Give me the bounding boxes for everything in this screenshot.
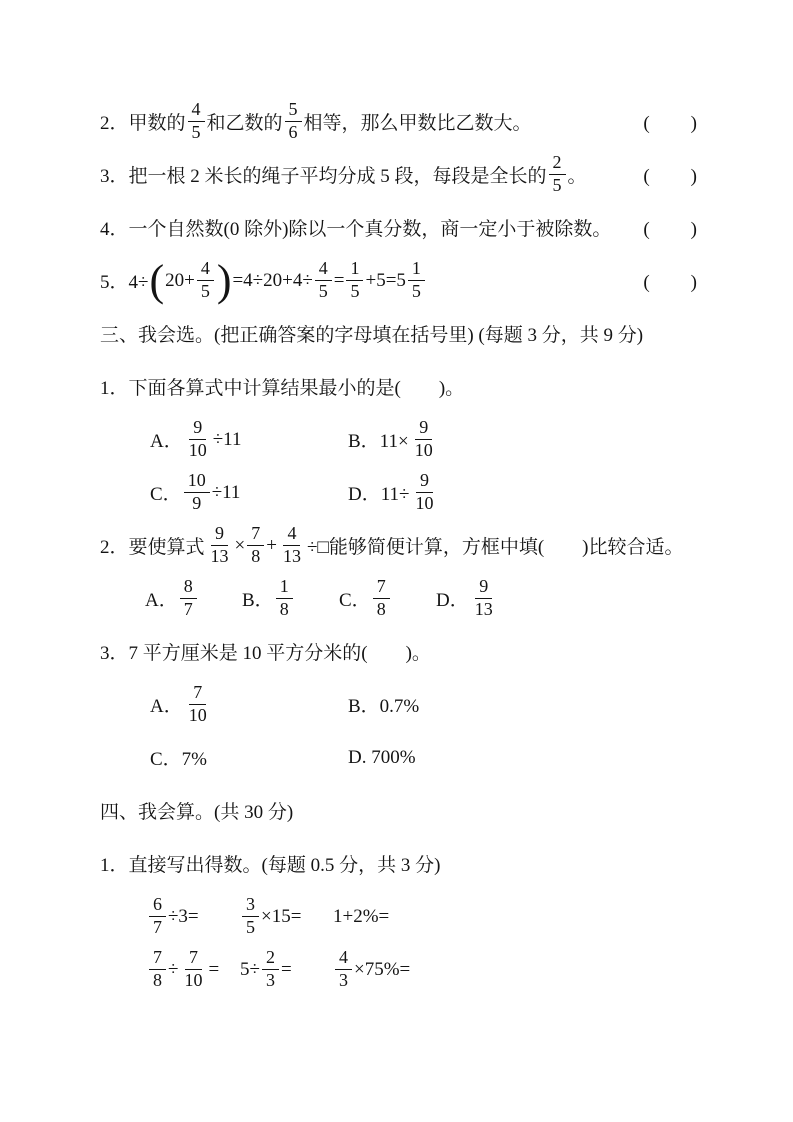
fraction-denominator: 5 bbox=[549, 175, 566, 196]
fraction-denominator: 5 bbox=[315, 281, 332, 302]
calc-row-2: 78÷710=5÷23=43×75%= bbox=[100, 943, 698, 996]
big-paren: ) bbox=[217, 261, 232, 301]
fraction-numerator: 7 bbox=[373, 577, 390, 599]
fraction-numerator: 1 bbox=[276, 577, 293, 599]
text-run: ×15= bbox=[261, 906, 301, 928]
fraction-denominator: 13 bbox=[471, 599, 497, 620]
text-run: ÷11 bbox=[212, 482, 241, 504]
fraction-numerator: 7 bbox=[189, 683, 206, 705]
fraction-numerator: 9 bbox=[416, 471, 433, 493]
text-run: C． bbox=[339, 585, 371, 612]
fraction: 45 bbox=[315, 259, 332, 302]
text-run: A． bbox=[150, 426, 183, 453]
text-run: 3．7 平方厘米是 10 平方分米的( )。 bbox=[100, 638, 431, 665]
fraction: 413 bbox=[279, 524, 305, 567]
fraction: 913 bbox=[471, 577, 497, 620]
fraction-numerator: 3 bbox=[242, 895, 259, 917]
line-content: 3．7 平方厘米是 10 平方分米的( )。 bbox=[100, 638, 431, 665]
answer-blank: ( ) bbox=[643, 161, 698, 188]
fraction-numerator: 4 bbox=[335, 948, 352, 970]
text-run: B．11× bbox=[348, 426, 409, 453]
fraction-denominator: 10 bbox=[180, 970, 206, 991]
text-run: B． bbox=[242, 585, 274, 612]
choice-q3-options-cd: C．7%D. 700% bbox=[100, 731, 698, 784]
text-run: C． bbox=[150, 479, 182, 506]
answer-blank: ( ) bbox=[643, 267, 698, 294]
fraction-numerator: 6 bbox=[149, 895, 166, 917]
fraction: 109 bbox=[184, 471, 210, 514]
fraction: 910 bbox=[411, 471, 437, 514]
text-run: 1+2%= bbox=[333, 906, 389, 928]
choice-q3-options-cd-col-0: C．7% bbox=[150, 744, 348, 771]
text-run: 20+ bbox=[165, 270, 195, 292]
text-run: D. 700% bbox=[348, 747, 416, 769]
fraction-numerator: 2 bbox=[549, 153, 566, 175]
fraction-numerator: 7 bbox=[149, 948, 166, 970]
fraction-numerator: 8 bbox=[180, 577, 197, 599]
fraction: 45 bbox=[188, 100, 205, 143]
calc-row-2-col-0: 78÷710= bbox=[147, 948, 240, 991]
calc-row-1-col-1: 35×15= bbox=[240, 895, 333, 938]
choice-q2-options-col-1: B．18 bbox=[242, 577, 339, 620]
text-run: 和乙数的 bbox=[207, 108, 283, 135]
text-run: 5÷ bbox=[240, 959, 260, 981]
fraction: 87 bbox=[180, 577, 197, 620]
choice-q2-options-col-0: A．87 bbox=[145, 577, 242, 620]
fraction: 710 bbox=[180, 948, 206, 991]
choice-q2: 2．要使算式913×78+413÷□能够简便计算，方框中填( )比较合适。 bbox=[100, 519, 698, 572]
fraction-numerator: 7 bbox=[247, 524, 264, 546]
calc-row-2-col-1: 5÷23= bbox=[240, 948, 333, 991]
calc-row-2-col-2: 43×75%= bbox=[333, 948, 426, 991]
line-content: 2．甲数的45和乙数的56相等，那么甲数比乙数大。 bbox=[100, 100, 532, 143]
text-run: 5．4÷ bbox=[100, 267, 148, 294]
text-run: A． bbox=[150, 691, 183, 718]
fraction-numerator: 1 bbox=[408, 259, 425, 281]
worksheet-page: 2．甲数的45和乙数的56相等，那么甲数比乙数大。( )3．把一根 2 米长的绳… bbox=[0, 0, 793, 1122]
fraction: 35 bbox=[242, 895, 259, 938]
text-run: ×75%= bbox=[354, 959, 410, 981]
fraction-denominator: 5 bbox=[408, 281, 425, 302]
text-run: 2．甲数的 bbox=[100, 108, 186, 135]
fraction-numerator: 5 bbox=[285, 100, 302, 122]
calc-row-1-col-0: 67÷3= bbox=[147, 895, 240, 938]
calc-row-1-col-2: 1+2%= bbox=[333, 906, 426, 928]
fraction-numerator: 9 bbox=[211, 524, 228, 546]
choice-q2-options: A．87B．18C．78D．913 bbox=[100, 572, 698, 625]
line-content: 四、我会算。(共 30 分) bbox=[100, 797, 293, 824]
choice-q1-options-ab-col-0: A．910÷11 bbox=[150, 418, 348, 461]
fraction-denominator: 3 bbox=[335, 970, 352, 991]
text-run: 三、我会选。(把正确答案的字母填在括号里) (每题 3 分，共 9 分) bbox=[100, 320, 643, 347]
fraction-numerator: 10 bbox=[184, 471, 210, 493]
choice-q3-options-ab-col-1: B．0.7% bbox=[348, 691, 546, 718]
fraction: 913 bbox=[207, 524, 233, 567]
fraction: 56 bbox=[285, 100, 302, 143]
fraction: 15 bbox=[346, 259, 363, 302]
text-run: +5=5 bbox=[365, 270, 405, 292]
fraction-denominator: 5 bbox=[188, 122, 205, 143]
answer-blank: ( ) bbox=[643, 214, 698, 241]
fraction-denominator: 13 bbox=[279, 546, 305, 567]
fraction: 910 bbox=[411, 418, 437, 461]
text-run: 1．直接写出得数。(每题 0.5 分，共 3 分) bbox=[100, 850, 440, 877]
line-content: 4．一个自然数(0 除外)除以一个真分数，商一定小于被除数。 bbox=[100, 214, 611, 241]
text-run: 3．把一根 2 米长的绳子平均分成 5 段，每段是全长的 bbox=[100, 161, 547, 188]
text-run: ÷□能够简便计算，方框中填( )比较合适。 bbox=[307, 532, 684, 559]
text-run: ÷11 bbox=[213, 429, 242, 451]
fraction-numerator: 1 bbox=[346, 259, 363, 281]
choice-q3-options-cd-col-1: D. 700% bbox=[348, 747, 546, 769]
choice-q3-options-ab-col-0: A．710 bbox=[150, 683, 348, 726]
fraction-numerator: 4 bbox=[188, 100, 205, 122]
fraction-denominator: 5 bbox=[242, 917, 259, 938]
fraction-denominator: 9 bbox=[188, 493, 205, 514]
fraction-denominator: 10 bbox=[185, 440, 211, 461]
fraction: 15 bbox=[408, 259, 425, 302]
choice-q1-options-cd: C．109÷11D．11÷910 bbox=[100, 466, 698, 519]
fraction-denominator: 6 bbox=[285, 122, 302, 143]
text-run: B．0.7% bbox=[348, 691, 419, 718]
text-run: ÷ bbox=[168, 959, 178, 981]
fraction-numerator: 9 bbox=[475, 577, 492, 599]
fraction-numerator: 4 bbox=[315, 259, 332, 281]
choice-q3-options-ab: A．710B．0.7% bbox=[100, 678, 698, 731]
calc-row-1: 67÷3=35×15=1+2%= bbox=[100, 890, 698, 943]
text-run: C．7% bbox=[150, 744, 207, 771]
line-content: 1．下面各算式中计算结果最小的是( )。 bbox=[100, 373, 464, 400]
text-run: + bbox=[266, 535, 277, 557]
fraction-denominator: 5 bbox=[346, 281, 363, 302]
line-content: 三、我会选。(把正确答案的字母填在括号里) (每题 3 分，共 9 分) bbox=[100, 320, 643, 347]
text-run: = bbox=[281, 959, 292, 981]
fraction-numerator: 9 bbox=[189, 418, 206, 440]
judge-item-2: 2．甲数的45和乙数的56相等，那么甲数比乙数大。( ) bbox=[100, 95, 698, 148]
fraction: 910 bbox=[185, 418, 211, 461]
fraction-denominator: 3 bbox=[262, 970, 279, 991]
fraction-denominator: 10 bbox=[411, 493, 437, 514]
fraction-denominator: 10 bbox=[411, 440, 437, 461]
fraction: 67 bbox=[149, 895, 166, 938]
text-run: ÷3= bbox=[168, 906, 199, 928]
fraction-numerator: 9 bbox=[415, 418, 432, 440]
fraction-denominator: 5 bbox=[197, 281, 214, 302]
judge-item-4: 4．一个自然数(0 除外)除以一个真分数，商一定小于被除数。( ) bbox=[100, 201, 698, 254]
fraction: 18 bbox=[276, 577, 293, 620]
fraction: 25 bbox=[549, 153, 566, 196]
fraction: 78 bbox=[373, 577, 390, 620]
fraction-numerator: 4 bbox=[283, 524, 300, 546]
fraction-numerator: 7 bbox=[185, 948, 202, 970]
fraction: 43 bbox=[335, 948, 352, 991]
fraction-denominator: 7 bbox=[180, 599, 197, 620]
fraction: 78 bbox=[247, 524, 264, 567]
line-content: 5．4÷(20+45)=4÷20+4÷45=15+5=515 bbox=[100, 259, 427, 302]
fraction: 78 bbox=[149, 948, 166, 991]
choice-q2-options-col-3: D．913 bbox=[436, 577, 533, 620]
text-run: 1．下面各算式中计算结果最小的是( )。 bbox=[100, 373, 464, 400]
line-content: 1．直接写出得数。(每题 0.5 分，共 3 分) bbox=[100, 850, 440, 877]
calc-q1: 1．直接写出得数。(每题 0.5 分，共 3 分) bbox=[100, 837, 698, 890]
choice-q1: 1．下面各算式中计算结果最小的是( )。 bbox=[100, 360, 698, 413]
text-run: D．11÷ bbox=[348, 479, 409, 506]
text-run: A． bbox=[145, 585, 178, 612]
section-4-heading: 四、我会算。(共 30 分) bbox=[100, 784, 698, 837]
choice-q2-options-col-2: C．78 bbox=[339, 577, 436, 620]
fraction-denominator: 13 bbox=[207, 546, 233, 567]
text-run: =4÷20+4÷ bbox=[232, 270, 312, 292]
section-3-heading: 三、我会选。(把正确答案的字母填在括号里) (每题 3 分，共 9 分) bbox=[100, 307, 698, 360]
text-run: 相等，那么甲数比乙数大。 bbox=[304, 108, 532, 135]
text-run: 4．一个自然数(0 除外)除以一个真分数，商一定小于被除数。 bbox=[100, 214, 611, 241]
text-run: = bbox=[208, 959, 219, 981]
choice-q1-options-ab-col-1: B．11×910 bbox=[348, 418, 546, 461]
fraction-numerator: 2 bbox=[262, 948, 279, 970]
fraction: 45 bbox=[197, 259, 214, 302]
choice-q3: 3．7 平方厘米是 10 平方分米的( )。 bbox=[100, 625, 698, 678]
fraction-denominator: 8 bbox=[373, 599, 390, 620]
judge-item-5: 5．4÷(20+45)=4÷20+4÷45=15+5=515( ) bbox=[100, 254, 698, 307]
text-run: 2．要使算式 bbox=[100, 532, 205, 559]
text-run: D． bbox=[436, 585, 469, 612]
fraction-denominator: 8 bbox=[247, 546, 264, 567]
line-content: 2．要使算式913×78+413÷□能够简便计算，方框中填( )比较合适。 bbox=[100, 524, 684, 567]
choice-q1-options-cd-col-1: D．11÷910 bbox=[348, 471, 546, 514]
fraction-denominator: 7 bbox=[149, 917, 166, 938]
fraction-numerator: 4 bbox=[197, 259, 214, 281]
fraction-denominator: 8 bbox=[276, 599, 293, 620]
fraction: 23 bbox=[262, 948, 279, 991]
big-paren: ( bbox=[149, 261, 164, 301]
fraction-denominator: 10 bbox=[185, 705, 211, 726]
text-run: 四、我会算。(共 30 分) bbox=[100, 797, 293, 824]
line-content: 3．把一根 2 米长的绳子平均分成 5 段，每段是全长的25。 bbox=[100, 153, 587, 196]
text-run: 。 bbox=[568, 161, 587, 188]
text-run: = bbox=[334, 270, 345, 292]
answer-blank: ( ) bbox=[643, 108, 698, 135]
fraction: 710 bbox=[185, 683, 211, 726]
choice-q1-options-ab: A．910÷11B．11×910 bbox=[100, 413, 698, 466]
fraction-denominator: 8 bbox=[149, 970, 166, 991]
judge-item-3: 3．把一根 2 米长的绳子平均分成 5 段，每段是全长的25。( ) bbox=[100, 148, 698, 201]
text-run: × bbox=[235, 535, 246, 557]
choice-q1-options-cd-col-0: C．109÷11 bbox=[150, 471, 348, 514]
